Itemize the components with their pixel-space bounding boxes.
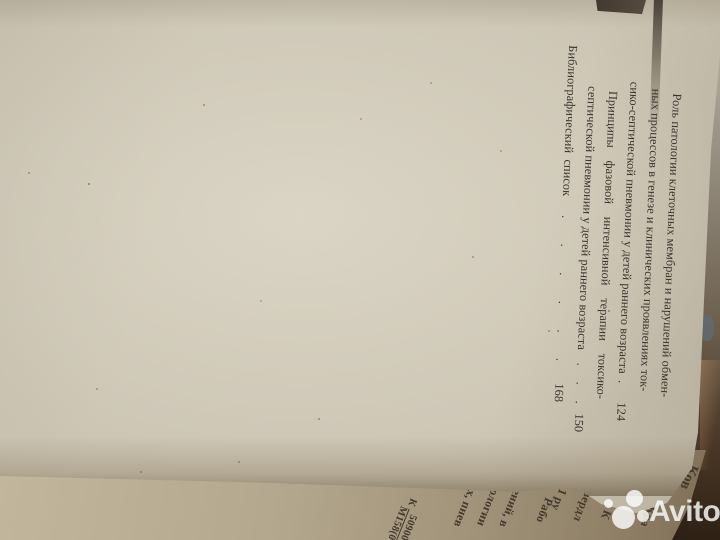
book-photo: К 50900 М158(0 ях, пнев тологии нений, в… (0, 0, 720, 540)
contents-page: Роль патологии клеточных мембран и наруш… (0, 0, 720, 540)
colophon-fragment: 1 ру (548, 486, 570, 512)
print-code-prefix: К (405, 497, 418, 508)
print-code-fraction: 50900 М158(0 (385, 504, 420, 540)
print-code: К 50900 М158(0 (385, 494, 424, 540)
page-corner-shadow (596, 0, 646, 16)
toc-text-block: Роль патологии клеточных мембран и наруш… (544, 45, 689, 490)
paper-specks (0, 0, 2, 2)
